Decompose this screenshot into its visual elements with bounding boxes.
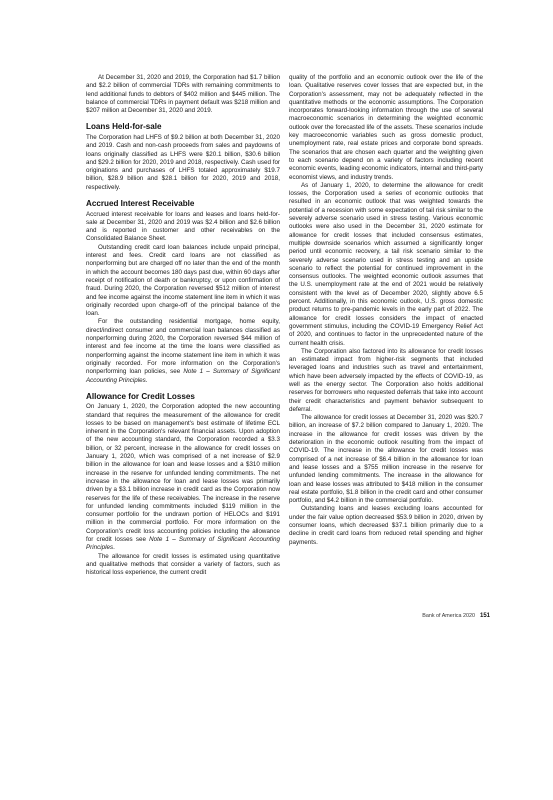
lhfs-paragraph: The Corporation had LHFS of $9.2 billion… [86, 134, 280, 192]
outstanding-loans-paragraph: Outstanding loans and leases excluding l… [289, 505, 483, 546]
heading-allowance-for-credit-losses: Allowance for Credit Losses [86, 392, 280, 402]
economic-outlook-paragraph: As of January 1, 2020, to determine the … [289, 182, 483, 348]
page-footer: Bank of America 2020151 [392, 613, 490, 619]
air-paragraph-2: Outstanding credit card loan balances in… [86, 244, 280, 319]
air-paragraph-3: For the outstanding residential mortgage… [86, 318, 280, 384]
acl-paragraph-1-text: On January 1, 2020, the Corporation adop… [86, 403, 280, 543]
acl-paragraph-2: The allowance for credit losses is estim… [86, 553, 280, 578]
period: . [146, 377, 148, 384]
footer-label: Bank of America 2020 [422, 613, 475, 619]
left-column: At December 31, 2020 and 2019, the Corpo… [86, 74, 280, 578]
tdr-paragraph: At December 31, 2020 and 2019, the Corpo… [86, 74, 280, 115]
air-paragraph-3-text: For the outstanding residential mortgage… [86, 318, 280, 375]
air-paragraph-1: Accrued interest receivable for loans an… [86, 211, 280, 244]
page-number: 151 [480, 613, 490, 619]
higher-risk-segments-paragraph: The Corporation also factored into its a… [289, 348, 483, 414]
allowance-increase-paragraph: The allowance for credit losses at Decem… [289, 414, 483, 505]
heading-loans-held-for-sale: Loans Held-for-sale [86, 122, 280, 132]
heading-accrued-interest-receivable: Accrued Interest Receivable [86, 199, 280, 209]
acl-continued-paragraph: quality of the portfolio and an economic… [289, 74, 483, 182]
acl-paragraph-1: On January 1, 2020, the Corporation adop… [86, 403, 280, 552]
period: . [113, 544, 115, 551]
right-column: quality of the portfolio and an economic… [289, 74, 483, 547]
